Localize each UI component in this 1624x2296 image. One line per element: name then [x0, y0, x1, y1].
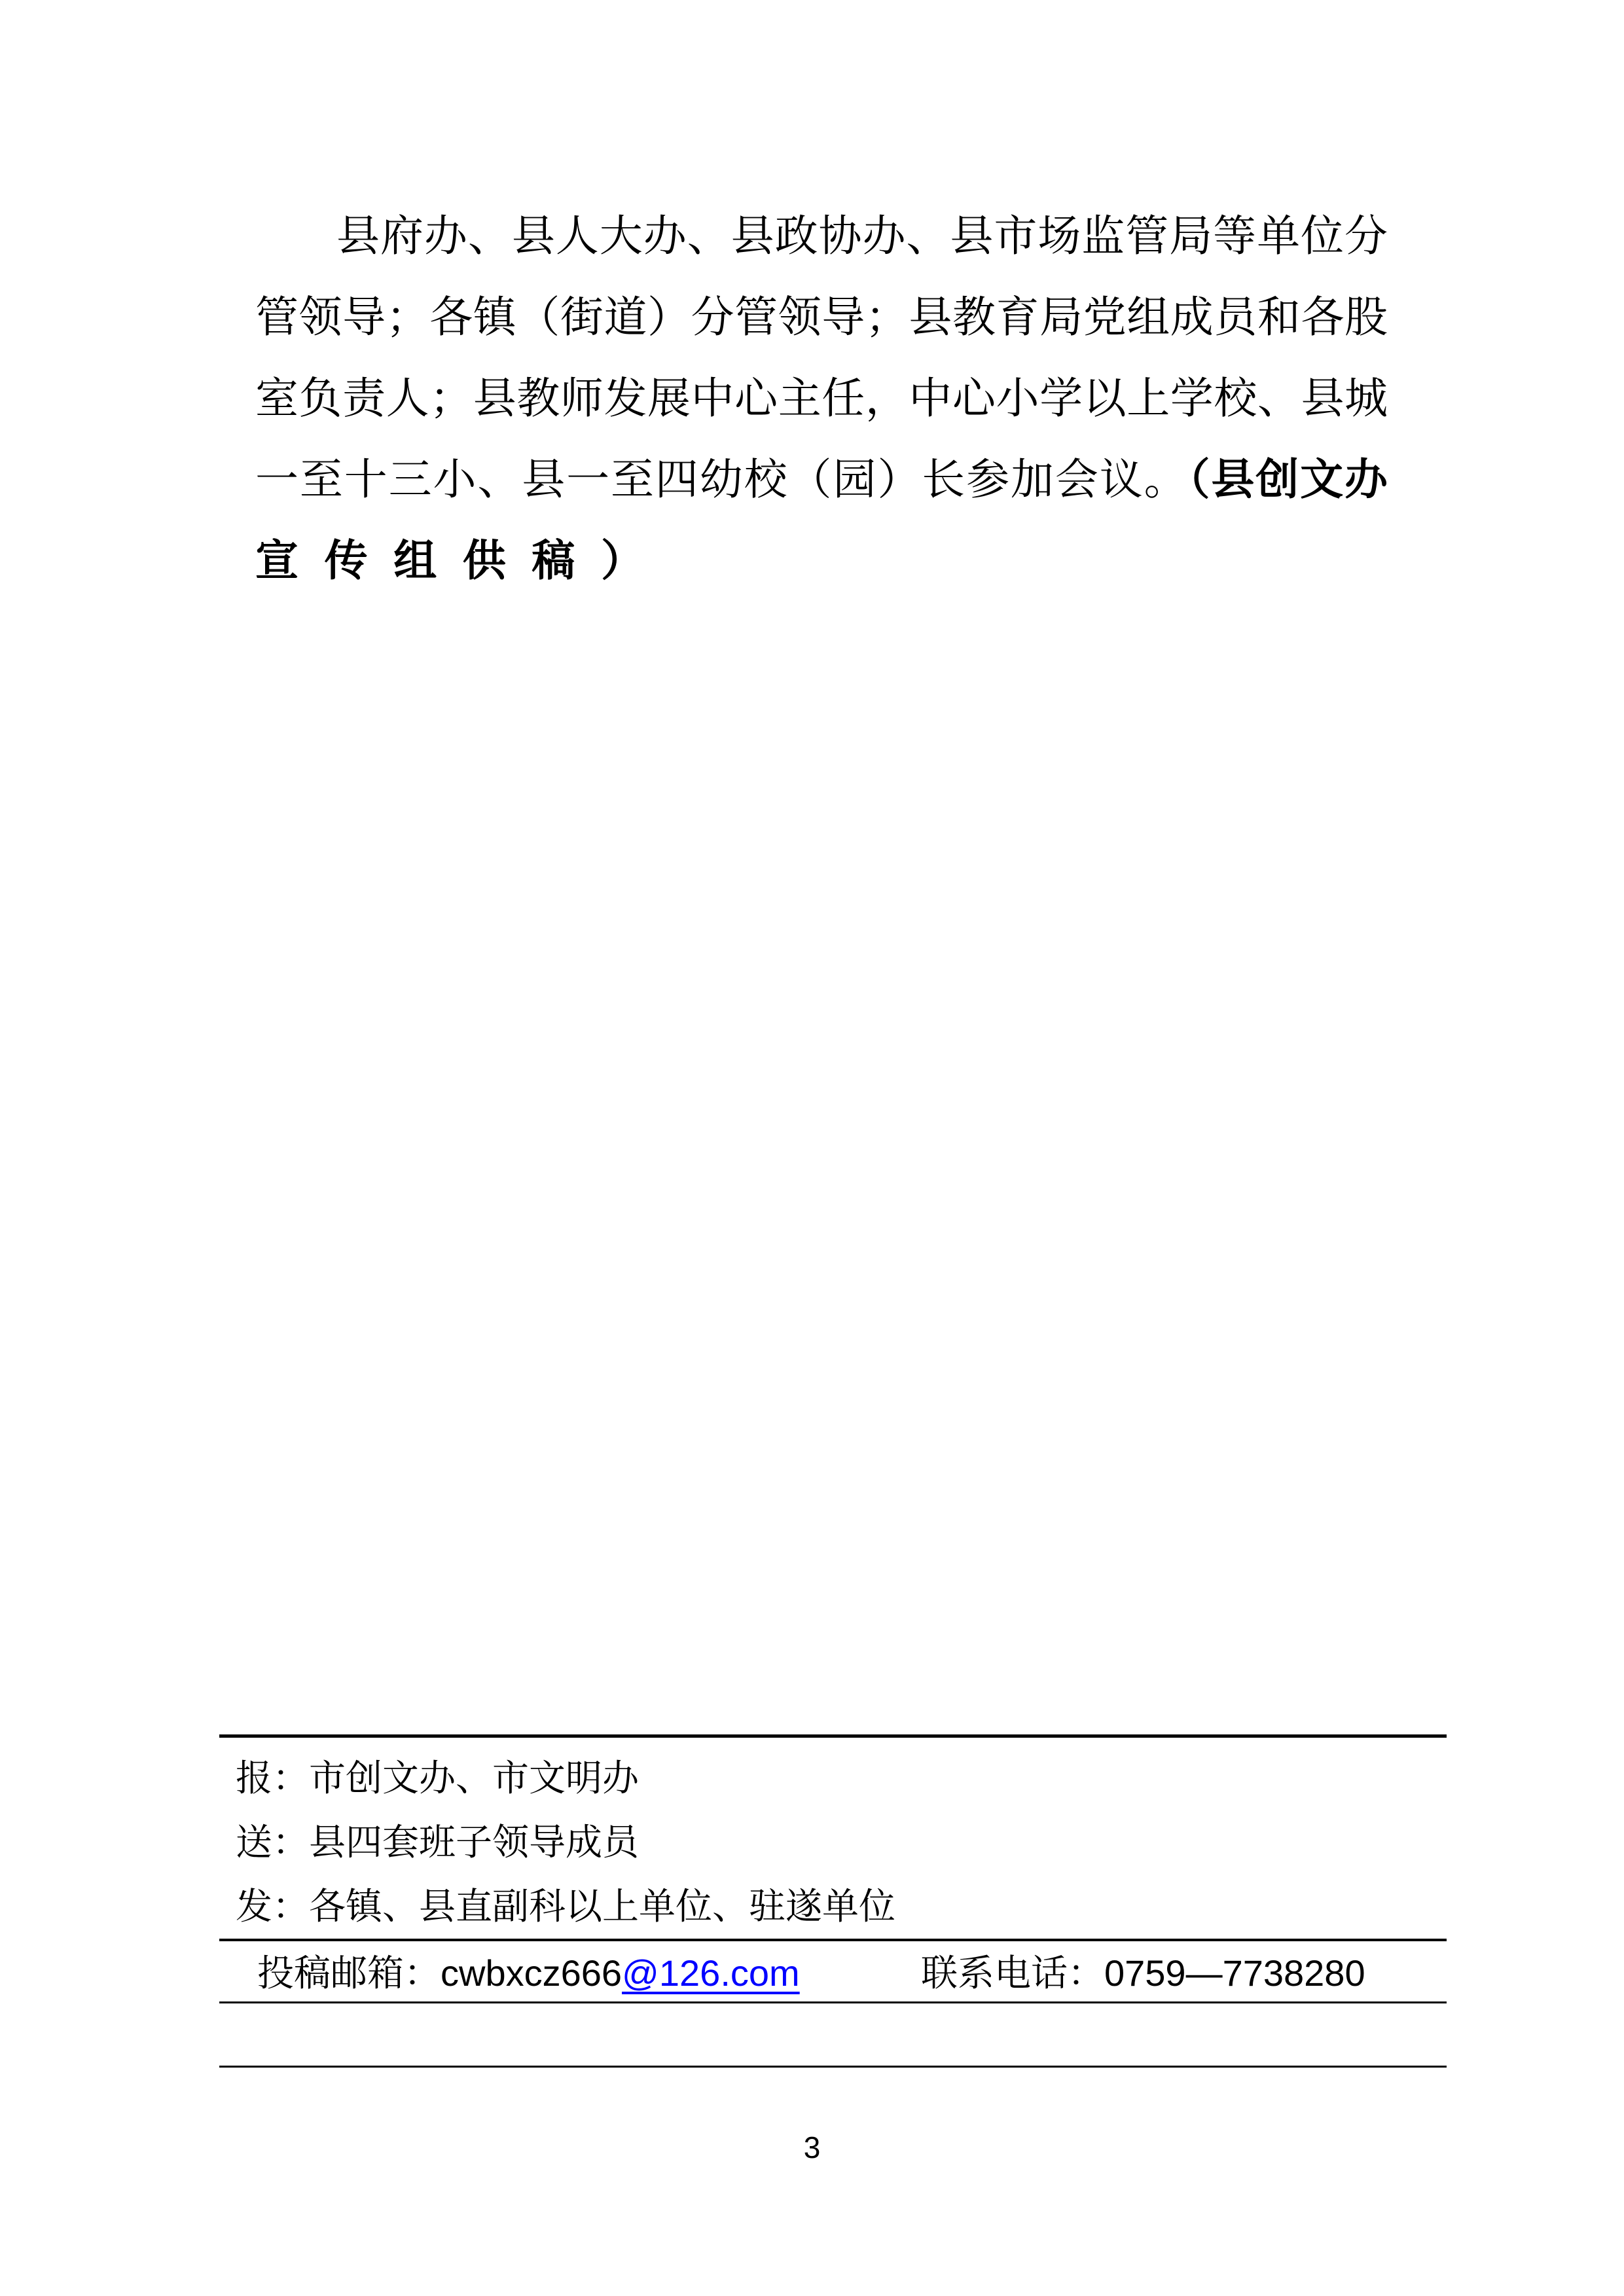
issue-to-row: 发：各镇、县直副科以上单位、驻遂单位: [236, 1875, 1447, 1939]
phone-label: 联系电话：: [921, 1954, 1104, 1994]
paragraph-line-2: 管领导；各镇（街道）分管领导；县教育局党组成员和各股: [255, 278, 1388, 359]
email-label: 投稿邮箱：: [257, 1954, 441, 1994]
body-paragraph: 县府办、县人大办、县政协办、县市场监管局等单位分 管领导；各镇（街道）分管领导；…: [255, 196, 1388, 602]
report-to-row: 报：市创文办、市文明办: [236, 1747, 1447, 1811]
footer-top-rule: [219, 1734, 1447, 1738]
contact-phone-row: 联系电话：0759—7738280: [921, 1950, 1365, 1997]
paragraph-line-3: 室负责人；县教师发展中心主任，中心小学以上学校、县城: [255, 359, 1388, 440]
distribution-block: 报：市创文办、市文明办 送：县四套班子领导成员 发：各镇、县直副科以上单位、驻遂…: [236, 1747, 1447, 1939]
paragraph-line-2-text: 管领导；各镇（街道）分管领导；县教育局党组成员和各股: [255, 294, 1388, 342]
contact-row-bottom-rule: [219, 2001, 1447, 2003]
submission-email-row: 投稿邮箱：cwbxcz666@126.com: [257, 1950, 800, 1997]
paragraph-line-5-bold-text: 宣传组供稿）: [255, 537, 670, 585]
paragraph-line-4-normal-text: 一至十三小、县一至四幼校（园）长参加会议。: [255, 456, 1188, 504]
document-page: 县府办、县人大办、县政协办、县市场监管局等单位分 管领导；各镇（街道）分管领导；…: [0, 0, 1624, 2296]
email-domain-link[interactable]: @126.com: [622, 1952, 800, 1994]
paragraph-line-1: 县府办、县人大办、县政协办、县市场监管局等单位分: [255, 196, 1388, 278]
phone-number-text: 0759—7738280: [1104, 1952, 1365, 1994]
paragraph-line-4: 一至十三小、县一至四幼校（园）长参加会议。（县创文办: [255, 440, 1388, 521]
page-number: 3: [0, 2130, 1624, 2165]
paragraph-line-4-bold-text: （县创文办: [1188, 456, 1388, 504]
paragraph-line-3-text: 室负责人；县教师发展中心主任，中心小学以上学校、县城: [255, 375, 1388, 423]
contact-row-top-rule: [219, 1939, 1447, 1941]
paragraph-line-1-text: 县府办、县人大办、县政协办、县市场监管局等单位分: [336, 213, 1388, 260]
email-user-text: cwbxcz666: [441, 1952, 622, 1994]
footer-bottom-rule: [219, 2066, 1447, 2068]
send-to-row: 送：县四套班子领导成员: [236, 1811, 1447, 1875]
paragraph-line-5: 宣传组供稿）: [255, 521, 1388, 602]
